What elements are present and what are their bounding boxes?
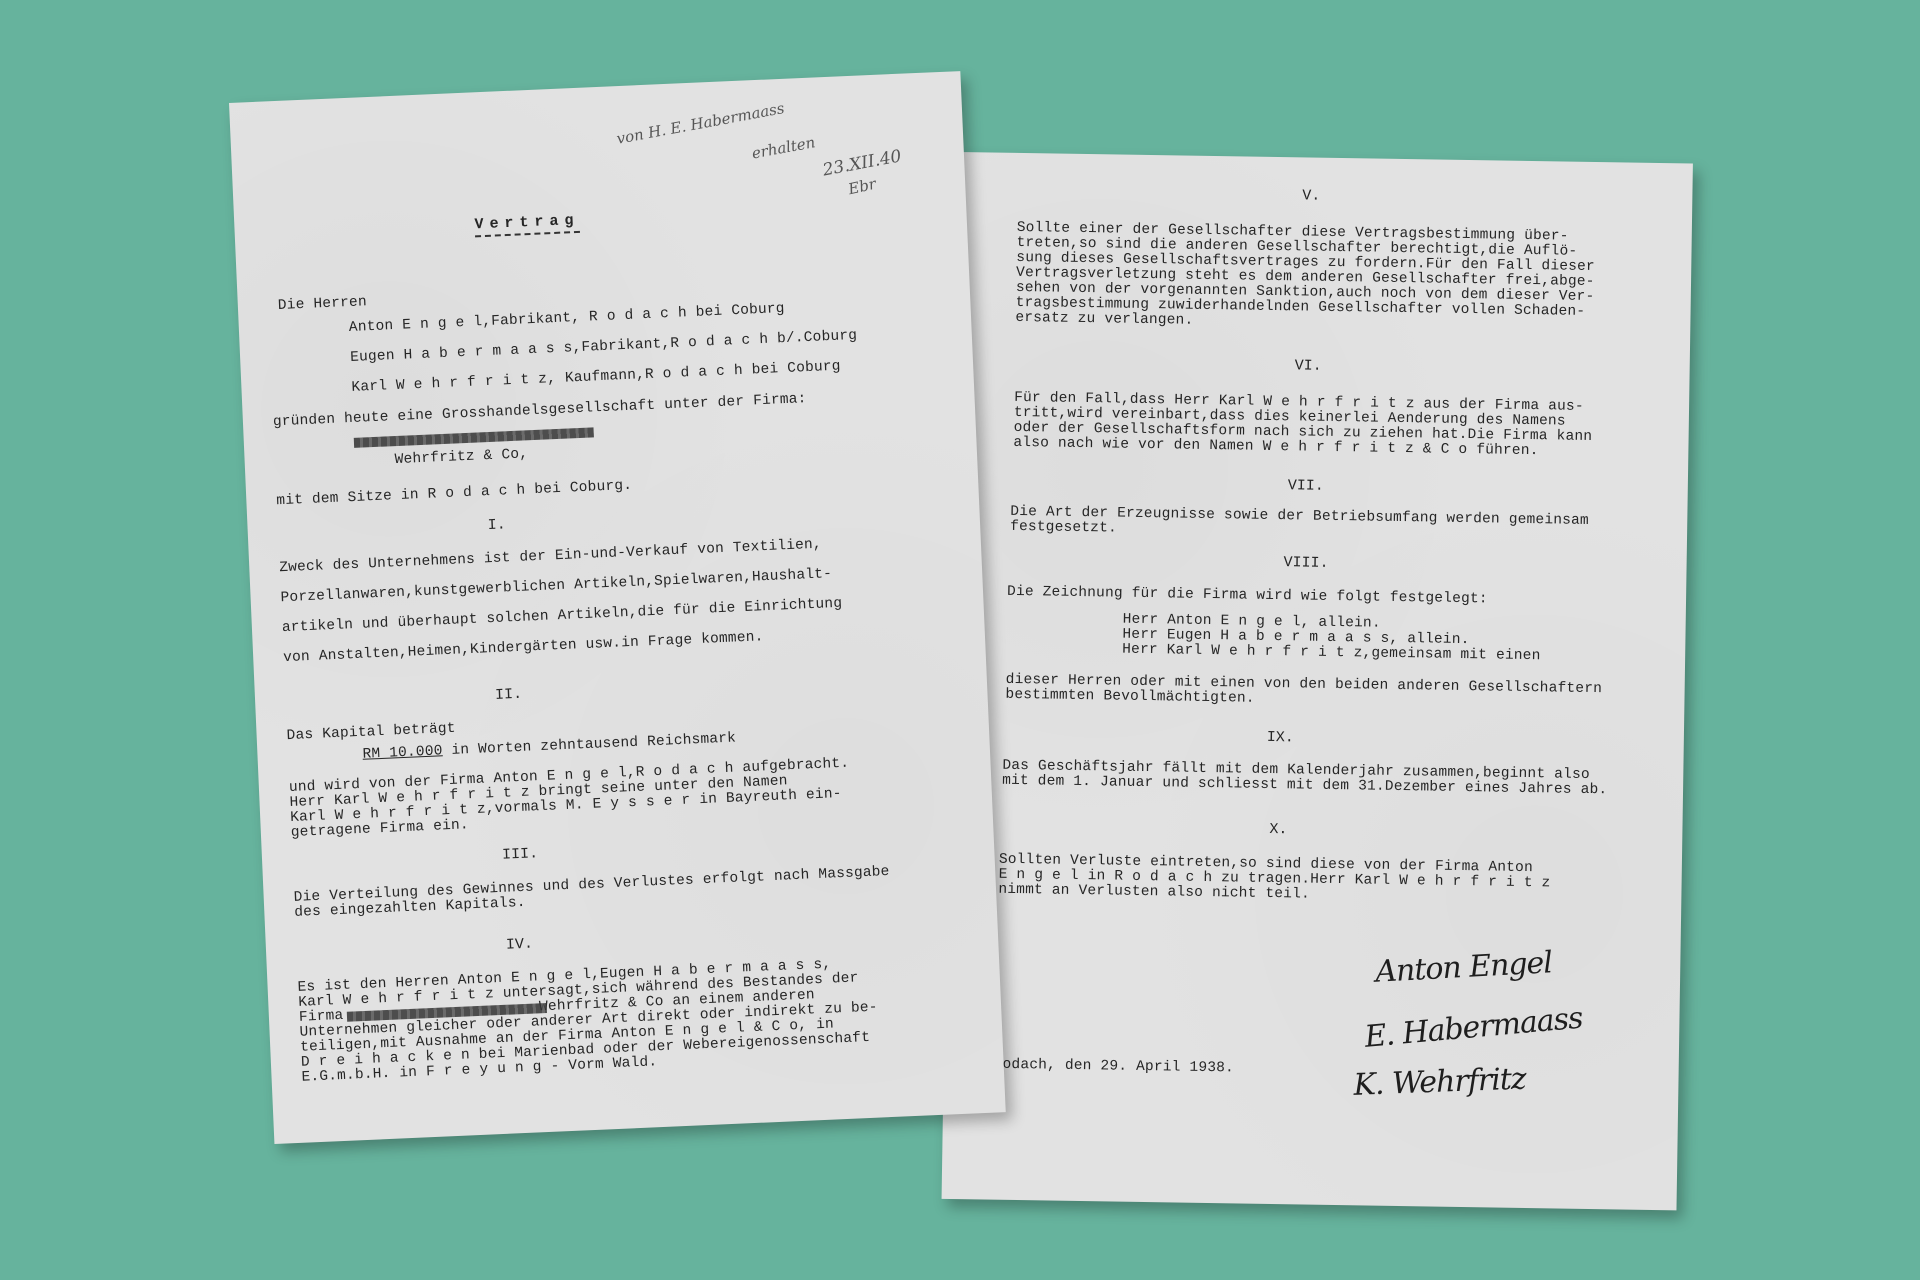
intro-text: Die Herren: [278, 295, 368, 314]
signature-habermaass: E. Habermaass: [1363, 1001, 1584, 1055]
section-x-line: nimmt an Verlusten also nicht teil.: [998, 883, 1310, 903]
contract-page-1: von H. E. Habermaass erhalten 23.XII.40 …: [229, 71, 1006, 1144]
firm-name: Wehrfritz & Co,: [394, 447, 528, 468]
document-title: Vertrag: [474, 212, 580, 238]
handwritten-note-line2: erhalten: [750, 133, 816, 162]
section-i-numeral: I.: [487, 516, 506, 534]
signature-wehrfritz: K. Wehrfritz: [1353, 1062, 1526, 1103]
handwritten-initials: Ebr: [847, 175, 878, 199]
signatory-line: Herr Karl W e h r f r i t z,gemeinsam mi…: [1122, 643, 1541, 665]
section-viii-intro: Die Zeichnung für die Firma wird wie fol…: [1007, 585, 1488, 608]
section-iii-numeral: III.: [502, 845, 539, 864]
place-and-date: Rodach, den 29. April 1938.: [994, 1058, 1235, 1077]
struck-firm-name: [354, 427, 594, 447]
section-viii-numeral: VIII.: [1283, 554, 1328, 572]
section-iv-numeral: IV.: [506, 936, 534, 954]
seat-line: mit dem Sitze in R o d a c h bei Coburg.: [276, 479, 632, 510]
contract-page-2: V. Sollte einer der Gesellschafter diese…: [942, 152, 1693, 1210]
capital-amount: RM 10.000: [362, 743, 443, 762]
section-v-line: ersatz zu verlangen.: [1015, 311, 1193, 329]
capital-amount-words: in Worten zehntausend Reichsmark: [442, 730, 736, 759]
section-v-numeral: V.: [1302, 187, 1320, 204]
section-vii-line: festgesetzt.: [1010, 520, 1117, 537]
section-x-numeral: X.: [1269, 821, 1287, 838]
section-viii-line: bestimmten Bevollmächtigten.: [1005, 688, 1254, 707]
section-ii-numeral: II.: [495, 686, 523, 704]
party-line: Karl W e h r f r i t z, Kaufmann,R o d a…: [351, 360, 841, 397]
founding-line: gründen heute eine Grosshandelsgesellsch…: [273, 392, 807, 431]
party-line: Anton E n g e l,Fabrikant, R o d a c h b…: [349, 302, 785, 337]
section-vi-numeral: VI.: [1295, 357, 1322, 374]
section-i-line: von Anstalten,Heimen,Kindergärten usw.in…: [283, 630, 764, 666]
capital-intro: Das Kapital beträgt: [286, 722, 456, 745]
section-vii-numeral: VII.: [1288, 477, 1324, 495]
handwritten-note-date: 23.XII.40: [821, 146, 903, 180]
section-ix-numeral: IX.: [1267, 729, 1294, 746]
handwritten-note-line1: von H. E. Habermaass: [615, 99, 786, 148]
signature-engel: Anton Engel: [1374, 945, 1552, 990]
